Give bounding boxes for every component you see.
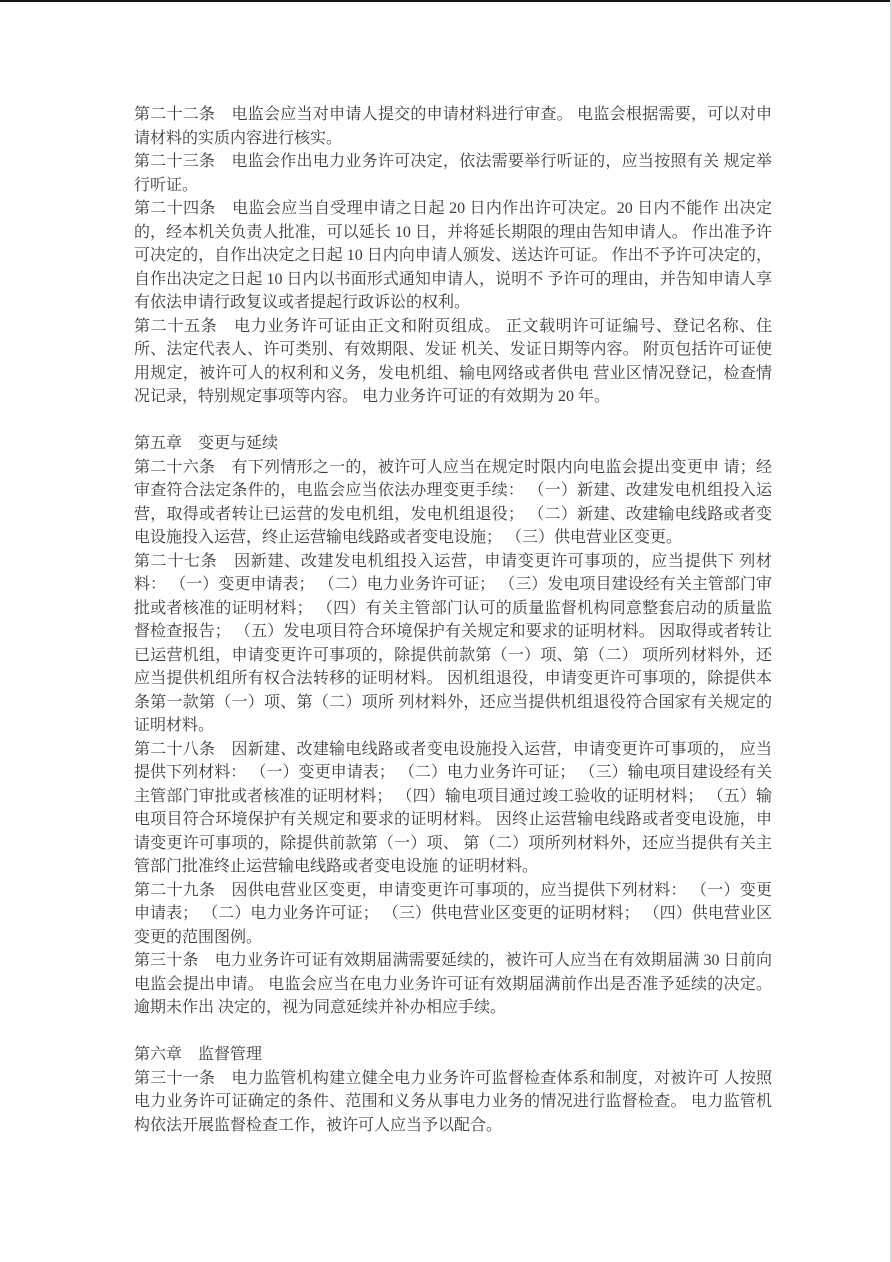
article-paragraph: 第二十六条 有下列情形之一的，被许可人应当在规定时限内向电监会提出变更申 请；经… <box>134 456 772 550</box>
article-paragraph: 第三十条 电力业务许可证有效期届满需要延续的，被许可人应当在有效期届满 30 日… <box>134 949 772 1020</box>
chapter-heading: 第六章 监督管理 <box>134 1043 772 1067</box>
article-paragraph: 第二十八条 因新建、改建输电线路或者变电设施投入运营，申请变更许可事项的， 应当… <box>134 738 772 879</box>
document-body: 第二十二条 电监会应当对申请人提交的申请材料进行审查。 电监会根据需要，可以对申… <box>134 103 772 1137</box>
document-page: 第二十二条 电监会应当对申请人提交的申请材料进行审查。 电监会根据需要，可以对申… <box>0 0 892 1262</box>
chapter-heading: 第五章 变更与延续 <box>134 432 772 456</box>
article-paragraph: 第二十五条 电力业务许可证由正文和附页组成。 正文载明许可证编号、登记名称、住所… <box>134 315 772 409</box>
article-paragraph: 第三十一条 电力监管机构建立健全电力业务许可监督检查体系和制度，对被许可 人按照… <box>134 1067 772 1138</box>
page-top-border <box>0 0 892 2</box>
article-paragraph: 第二十七条 因新建、改建发电机组投入运营，申请变更许可事项的，应当提供下 列材料… <box>134 550 772 738</box>
article-paragraph: 第二十三条 电监会作出电力业务许可决定，依法需要举行听证的，应当按照有关 规定举… <box>134 150 772 197</box>
article-paragraph: 第二十九条 因供电营业区变更，申请变更许可事项的，应当提供下列材料： （一）变更… <box>134 879 772 950</box>
article-paragraph: 第二十二条 电监会应当对申请人提交的申请材料进行审查。 电监会根据需要，可以对申… <box>134 103 772 150</box>
article-paragraph: 第二十四条 电监会应当自受理申请之日起 20 日内作出许可决定。20 日内不能作… <box>134 197 772 315</box>
